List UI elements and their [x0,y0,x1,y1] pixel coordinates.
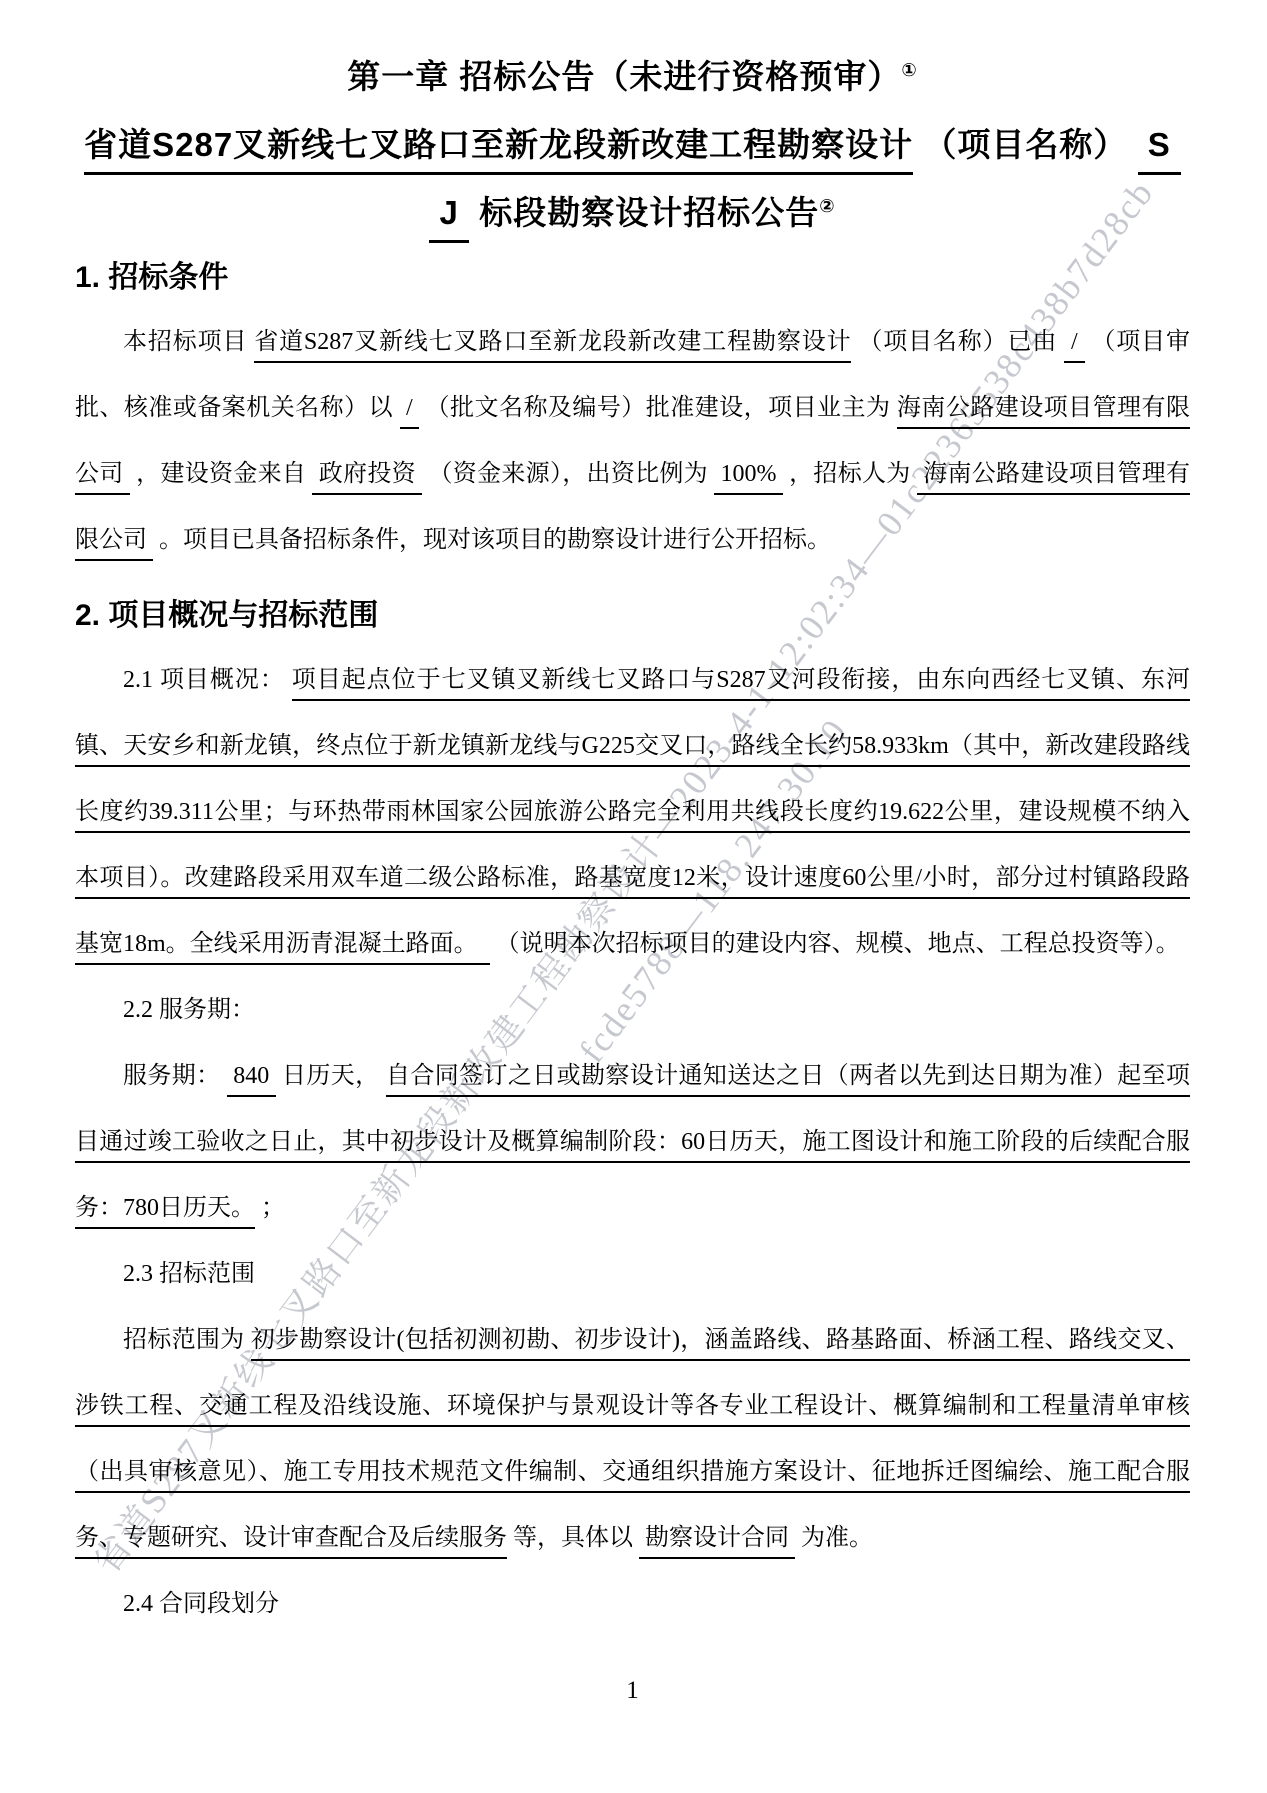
underlined-field: J [429,194,469,243]
paragraph: 2.1 项目概况： 项目起点位于七叉镇叉新线七叉路口与S287叉河段衔接，由东向… [75,647,1190,977]
text-run: 2.1 项目概况： [123,667,292,693]
document-content: 第一章 招标公告（未进行资格预审）① 省道S287叉新线七叉路口至新龙段新改建工… [75,55,1190,1711]
text-run: 标段勘察设计招标公告 [469,194,819,231]
text-run: ，建设资金来自 [130,461,313,487]
section-heading: 1. 招标条件 [75,255,1190,301]
underlined-field: 840 [227,1063,276,1097]
paragraph: 2.4 合同段划分 [75,1571,1190,1637]
paragraph: 2.2 服务期： [75,977,1190,1043]
text-run: 服务期： [123,1063,227,1089]
text-run: （项目名称）已由 [851,329,1064,355]
text-run: 2.3 招标范围 [123,1261,255,1287]
text-run: 。项目已具备招标条件，现对该项目的勘察设计进行公开招标。 [153,527,831,553]
chapter-title: 第一章 招标公告（未进行资格预审）① [75,55,1190,99]
text-run: 第一章 招标公告（未进行资格预审） [347,58,901,95]
text-run: 日历天， [276,1063,386,1089]
page-number: 1 [75,1671,1190,1711]
underlined-field: 政府投资 [312,461,422,495]
project-name-title: 省道S287叉新线七叉路口至新龙段新改建工程勘察设计 （项目名称） S [75,123,1190,167]
text-run: 招标范围为 [123,1327,251,1353]
paragraph: 服务期： 840 日历天， 自合同签订之日或勘察设计通知送达之日（两者以先到达日… [75,1043,1190,1241]
text-run: （项目名称） [913,126,1137,163]
text-run: 2.2 服务期： [123,997,255,1023]
document-page: 省道S287叉新线七叉路口至新龙段新改建工程勘察设计—2023-4-1-12:0… [0,0,1267,1793]
underlined-field: 勘察设计合同 [639,1525,795,1559]
text-run: ； [255,1195,285,1221]
underlined-field: 省道S287叉新线七叉路口至新龙段新改建工程勘察设计 [84,126,913,175]
text-run: （资金来源），出资比例为 [422,461,714,487]
text-run: ，招标人为 [783,461,917,487]
text-run: （批文名称及编号）批准建设，项目业主为 [419,395,897,421]
paragraph: 招标范围为 初步勘察设计(包括初测初勘、初步设计)，涵盖路线、路基路面、桥涵工程… [75,1307,1190,1571]
underlined-field: S [1138,126,1181,175]
section-heading: 2. 项目概况与招标范围 [75,593,1190,639]
underlined-field: / [1064,329,1084,363]
text-run: 为准。 [795,1525,873,1551]
text-run: 等，具体以 [507,1525,639,1551]
underlined-field: / [400,395,420,429]
footnote-marker: ① [901,60,917,80]
document-body: 1. 招标条件本招标项目 省道S287叉新线七叉路口至新龙段新改建工程勘察设计 … [75,255,1190,1637]
announcement-title: J 标段勘察设计招标公告② [75,191,1190,235]
paragraph: 本招标项目 省道S287叉新线七叉路口至新龙段新改建工程勘察设计 （项目名称）已… [75,309,1190,573]
paragraph: 2.3 招标范围 [75,1241,1190,1307]
text-run: 本招标项目 [123,329,254,355]
underlined-field: 项目起点位于七叉镇叉新线七叉路口与S287叉河段衔接，由东向西经七叉镇、东河镇、… [75,667,1190,965]
footnote-marker: ② [819,196,835,216]
text-run: 2.4 合同段划分 [123,1591,279,1617]
underlined-field: 省道S287叉新线七叉路口至新龙段新改建工程勘察设计 [254,329,851,363]
underlined-field: 100% [714,461,783,495]
text-run: （说明本次招标项目的建设内容、规模、地点、工程总投资等）。 [490,931,1180,957]
